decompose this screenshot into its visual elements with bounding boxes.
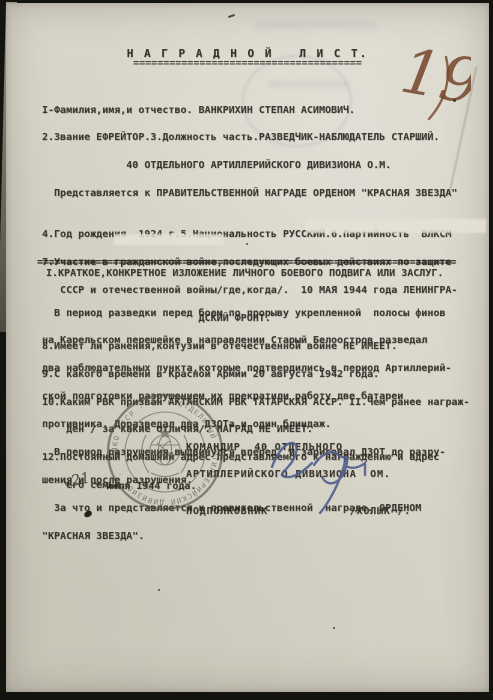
citation-line: два наблюдательных пункта,которые подтве… [42,364,451,373]
signature-ink [262,427,392,517]
citation-line: на Карельском перешейке в направлении Ст… [42,336,451,345]
field-line: I-Фамилия,имя,и отчество. ВАНКРИХИН СТЕП… [42,106,469,115]
scanned-award-sheet: Н А Г Р А Д Н О Й Л И С Т. =============… [0,0,493,700]
field-line: 2.Звание ЕФРЕЙТОР.3.Должность часть.РАЗВ… [42,133,469,142]
pen-tick [228,14,235,18]
speck [246,243,248,245]
paper-sheet: Н А Г Р А Д Н О Й Л И С Т. =============… [6,3,489,692]
citation-line: В период разведки перед боем по прорыву … [42,309,451,318]
erased-area [114,234,224,245]
ghost-stamp-smudge [256,21,376,28]
section-heading: I.КРАТКОЕ,КОНКРЕТНОЕ ИЗЛОЖЕНИЕ ЛИЧНОГО Б… [46,269,443,278]
section-divider: ========================================… [37,258,456,267]
speck [333,627,335,629]
speck [158,589,160,591]
speck [453,99,456,102]
field-line: 40 ОТДЕЛЬНОГО АРТИЛЛЕРИЙСКОГО ДИВИЗИОНА … [42,161,469,170]
field-line: Представляется к ПРАВИТЕЛЬСТВЕННОЙ НАГРА… [42,189,469,198]
erased-area [306,219,486,233]
soviet-emblem-icon [142,427,189,477]
